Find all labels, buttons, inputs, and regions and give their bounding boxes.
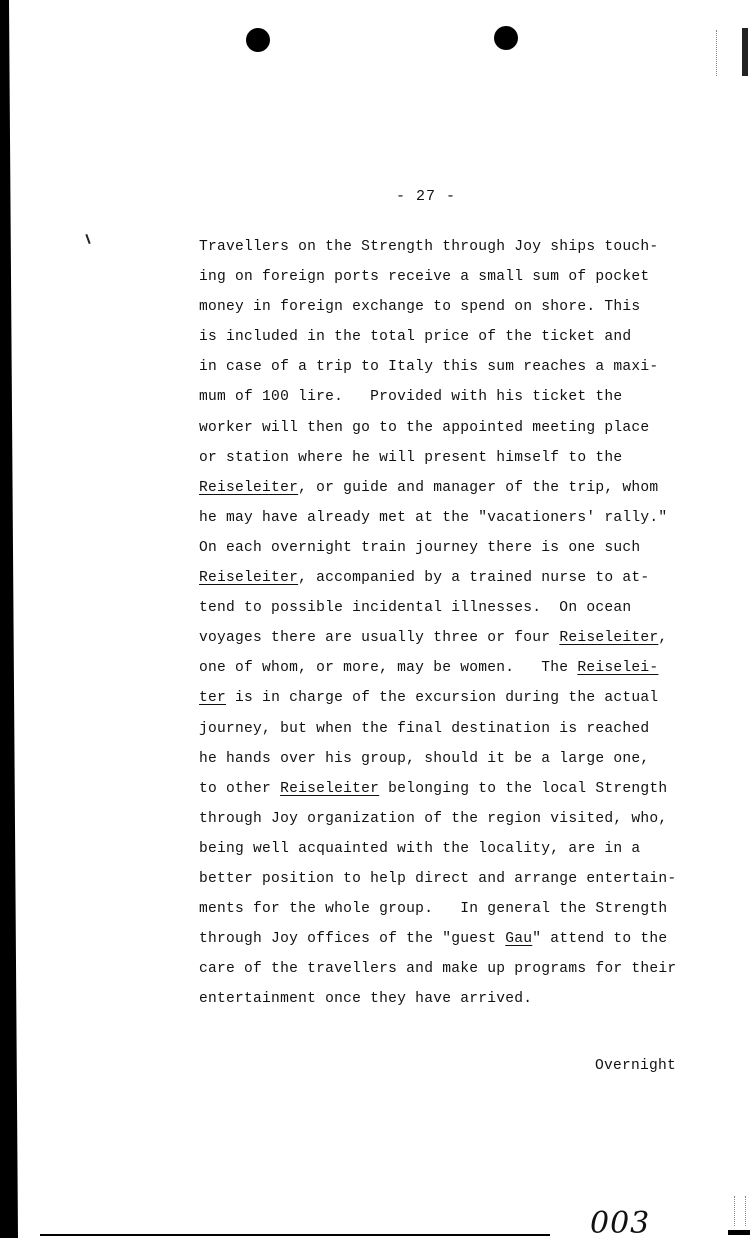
text-line: better position to help direct and arran… <box>199 864 689 894</box>
underlined-term: Reiseleiter <box>199 480 298 496</box>
archive-stamp-bottom-dots <box>734 1196 746 1226</box>
text-line: ter is in charge of the excursion during… <box>199 683 689 713</box>
text-run: ments for the whole group. In general th… <box>199 901 667 917</box>
text-line: is included in the total price of the ti… <box>199 322 689 352</box>
text-line: Reiseleiter, or guide and manager of the… <box>199 473 689 503</box>
text-line: to other Reiseleiter belonging to the lo… <box>199 774 689 804</box>
text-line: entertainment once they have arrived. <box>199 984 689 1014</box>
text-line: he hands over his group, should it be a … <box>199 744 689 774</box>
scan-bottom-edge <box>40 1234 550 1236</box>
text-run: entertainment once they have arrived. <box>199 991 532 1007</box>
text-run: he hands over his group, should it be a … <box>199 751 649 767</box>
text-line: worker will then go to the appointed mee… <box>199 413 689 443</box>
text-line: or station where he will present himself… <box>199 443 689 473</box>
archive-stamp-top-dots <box>716 30 731 76</box>
text-run: in case of a trip to Italy this sum reac… <box>199 359 658 375</box>
text-run: voyages there are usually three or four <box>199 630 559 646</box>
text-run: is in charge of the excursion during the… <box>226 690 658 706</box>
underlined-term: Reiseleiter <box>199 570 298 586</box>
text-line: Reiseleiter, accompanied by a trained nu… <box>199 563 689 593</box>
document-body: Travellers on the Strength through Joy s… <box>199 232 689 1014</box>
punch-hole-left <box>246 28 270 52</box>
text-line: Travellers on the Strength through Joy s… <box>199 232 689 262</box>
text-line: in case of a trip to Italy this sum reac… <box>199 352 689 382</box>
text-run: " attend to the <box>532 931 667 947</box>
text-run: , or guide and manager of the trip, whom <box>298 480 658 496</box>
text-run: money in foreign exchange to spend on sh… <box>199 299 640 315</box>
continuation-catchword: Overnight <box>595 1058 676 1074</box>
page-number: - 27 - <box>368 188 484 205</box>
text-run: or station where he will present himself… <box>199 450 622 466</box>
text-line: being well acquainted with the locality,… <box>199 834 689 864</box>
text-run: Travellers on the Strength through Joy s… <box>199 239 658 255</box>
scan-edge-shadow <box>0 0 18 1238</box>
margin-mark <box>85 234 90 244</box>
underlined-term: Gau <box>505 931 532 947</box>
text-line: journey, but when the final destination … <box>199 714 689 744</box>
text-run: one of whom, or more, may be women. The <box>199 660 577 676</box>
text-run: , <box>658 630 667 646</box>
text-run: through Joy offices of the "guest <box>199 931 505 947</box>
text-line: he may have already met at the "vacation… <box>199 503 689 533</box>
text-run: worker will then go to the appointed mee… <box>199 420 649 436</box>
text-run: better position to help direct and arran… <box>199 871 676 887</box>
handwritten-folio-number: 003 <box>590 1206 650 1238</box>
text-run: tend to possible incidental illnesses. O… <box>199 600 631 616</box>
text-line: voyages there are usually three or four … <box>199 623 689 653</box>
underlined-term: ter <box>199 690 226 706</box>
text-run: to other <box>199 781 280 797</box>
text-run: , accompanied by a trained nurse to at- <box>298 570 649 586</box>
text-line: through Joy offices of the "guest Gau" a… <box>199 924 689 954</box>
text-line: care of the travellers and make up progr… <box>199 954 689 984</box>
text-line: ments for the whole group. In general th… <box>199 894 689 924</box>
text-run: On each overnight train journey there is… <box>199 540 640 556</box>
archive-stamp-top <box>742 28 748 76</box>
archive-stamp-bottom <box>728 1230 750 1235</box>
text-run: he may have already met at the "vacation… <box>199 510 667 526</box>
underlined-term: Reiselei- <box>577 660 658 676</box>
underlined-term: Reiseleiter <box>559 630 658 646</box>
text-line: money in foreign exchange to spend on sh… <box>199 292 689 322</box>
punch-hole-right <box>494 26 518 50</box>
text-line: tend to possible incidental illnesses. O… <box>199 593 689 623</box>
text-line: through Joy organization of the region v… <box>199 804 689 834</box>
text-run: belonging to the local Strength <box>379 781 667 797</box>
text-run: care of the travellers and make up progr… <box>199 961 676 977</box>
text-line: mum of 100 lire. Provided with his ticke… <box>199 382 689 412</box>
text-run: being well acquainted with the locality,… <box>199 841 640 857</box>
text-line: ing on foreign ports receive a small sum… <box>199 262 689 292</box>
text-run: is included in the total price of the ti… <box>199 329 631 345</box>
text-line: On each overnight train journey there is… <box>199 533 689 563</box>
text-run: mum of 100 lire. Provided with his ticke… <box>199 389 622 405</box>
underlined-term: Reiseleiter <box>280 781 379 797</box>
text-run: journey, but when the final destination … <box>199 721 649 737</box>
text-run: through Joy organization of the region v… <box>199 811 667 827</box>
text-line: one of whom, or more, may be women. The … <box>199 653 689 683</box>
text-run: ing on foreign ports receive a small sum… <box>199 269 649 285</box>
